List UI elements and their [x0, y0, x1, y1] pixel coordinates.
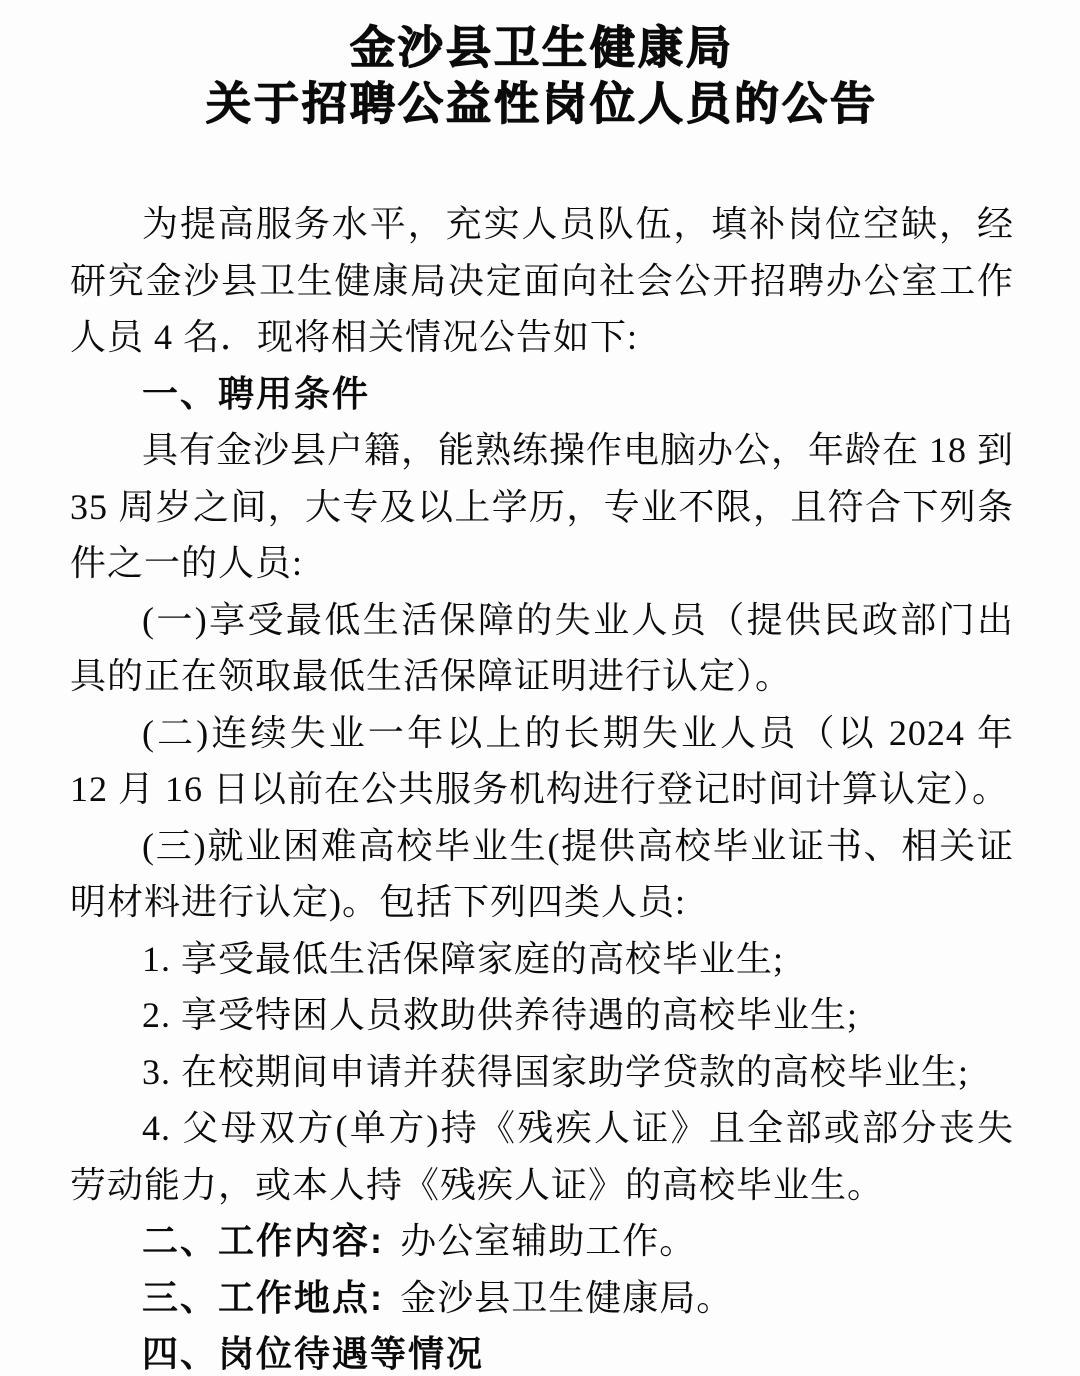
section-work-location-label: 三、工作地点: [142, 1277, 384, 1318]
condition-item-3: (三)就业困难高校毕业生(提供高校毕业证书、相关证明材料进行认定)。包括下列四类… [70, 818, 1014, 931]
section-heading-salary-conditions: 四、岗位待遇等情况 [70, 1326, 1014, 1376]
graduate-subitem-4: 4. 父母双方(单方)持《残疾人证》且全部或部分丧失劳动能力，或本人持《残疾人证… [70, 1100, 1014, 1213]
section-work-content-label: 二、工作内容: [142, 1220, 384, 1261]
document-title-line1: 金沙县卫生健康局 [70, 20, 1014, 76]
condition-item-2: (二)连续失业一年以上的长期失业人员（以 2024 年 12 月 16 日以前在… [70, 705, 1014, 818]
document-title-line2: 关于招聘公益性岗位人员的公告 [70, 76, 1014, 132]
graduate-subitem-3: 3. 在校期间申请并获得国家助学贷款的高校毕业生; [70, 1044, 1014, 1101]
document-title: 金沙县卫生健康局 关于招聘公益性岗位人员的公告 [70, 20, 1014, 132]
graduate-subitem-1: 1. 享受最低生活保障家庭的高校毕业生; [70, 931, 1014, 988]
condition-item-1: (一)享受最低生活保障的失业人员（提供民政部门出具的正在领取最低生活保障证明进行… [70, 592, 1014, 705]
section-heading-employment-conditions: 一、聘用条件 [70, 366, 1014, 423]
document-page: 金沙县卫生健康局 关于招聘公益性岗位人员的公告 为提高服务水平，充实人员队伍，填… [0, 0, 1080, 1376]
section-work-location-text: 金沙县卫生健康局。 [400, 1278, 733, 1318]
document-body: 为提高服务水平，充实人员队伍，填补岗位空缺，经研究金沙县卫生健康局决定面向社会公… [70, 196, 1014, 1376]
graduate-subitem-2: 2. 享受特困人员救助供养待遇的高校毕业生; [70, 987, 1014, 1044]
paragraph-conditions-intro: 具有金沙县户籍，能熟练操作电脑办公，年龄在 18 到 35 周岁之间，大专及以上… [70, 422, 1014, 592]
section-work-content-text: 办公室辅助工作。 [400, 1221, 696, 1261]
paragraph-intro: 为提高服务水平，充实人员队伍，填补岗位空缺，经研究金沙县卫生健康局决定面向社会公… [70, 196, 1014, 366]
section-work-location: 三、工作地点:金沙县卫生健康局。 [70, 1270, 1014, 1327]
section-work-content: 二、工作内容:办公室辅助工作。 [70, 1213, 1014, 1270]
